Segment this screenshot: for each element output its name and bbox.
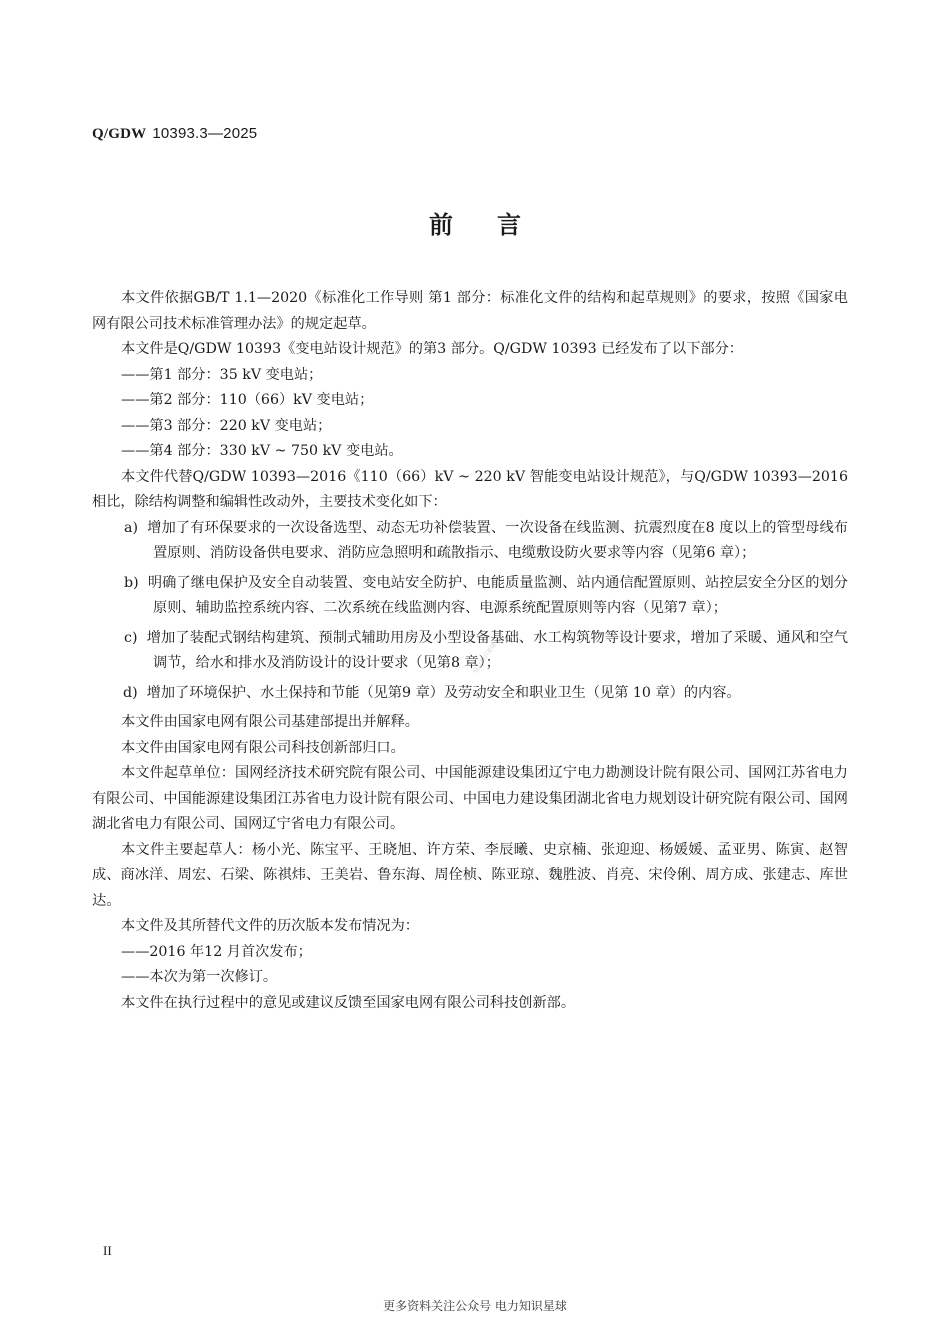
series-part-1: ——第1 部分：35 kV 变电站；: [92, 363, 848, 389]
change-item-d: d) 增加了环境保护、水土保持和节能（见第9 章）及劳动安全和职业卫生（见第 1…: [107, 681, 848, 707]
series-part-4: ——第4 部分：330 kV ~ 750 kV 变电站。: [92, 439, 848, 465]
history-item-2: ——本次为第一次修订。: [92, 965, 848, 991]
paragraph-administered-by: 本文件由国家电网有限公司科技创新部归口。: [92, 736, 848, 762]
paragraph-basis: 本文件依据GB/T 1.1—2020《标准化工作导则 第1 部分：标准化文件的结…: [92, 286, 848, 337]
change-text: 增加了有环保要求的一次设备选型、动态无功补偿装置、一次设备在线监测、抗震烈度在8…: [147, 520, 848, 562]
paragraph-history-intro: 本文件及其所替代文件的历次版本发布情况为：: [92, 914, 848, 940]
page-title: 前言: [0, 205, 950, 240]
paragraph-replaces: 本文件代替Q/GDW 10393—2016《110（66）kV ~ 220 kV…: [92, 465, 848, 516]
document-code-number: 10393.3—2025: [152, 125, 257, 142]
paragraph-proposed-by: 本文件由国家电网有限公司基建部提出并解释。: [92, 710, 848, 736]
change-marker: c): [124, 630, 137, 646]
page-number: II: [103, 1243, 112, 1259]
change-text: 明确了继电保护及安全自动装置、变电站安全防护、电能质量监测、站内通信配置原则、站…: [148, 575, 848, 617]
history-item-1: ——2016 年12 月首次发布；: [92, 940, 848, 966]
paragraph-drafting-units: 本文件起草单位：国网经济技术研究院有限公司、中国能源建设集团辽宁电力勘测设计院有…: [92, 761, 848, 838]
series-part-3: ——第3 部分：220 kV 变电站；: [92, 414, 848, 440]
change-item-b: b) 明确了继电保护及安全自动装置、变电站安全防护、电能质量监测、站内通信配置原…: [92, 571, 848, 622]
foreword-body: 本文件依据GB/T 1.1—2020《标准化工作导则 第1 部分：标准化文件的结…: [92, 286, 848, 1016]
change-marker: b): [124, 575, 139, 591]
change-item-a: a) 增加了有环保要求的一次设备选型、动态无功补偿装置、一次设备在线监测、抗震烈…: [92, 516, 848, 567]
change-marker: a): [124, 520, 138, 536]
document-code: Q/GDW10393.3—2025: [92, 124, 257, 143]
document-code-prefix: Q/GDW: [92, 126, 146, 142]
change-text: 增加了装配式钢结构建筑、预制式辅助用房及小型设备基础、水工构筑物等设计要求，增加…: [147, 630, 848, 672]
paragraph-drafters: 本文件主要起草人：杨小光、陈宝平、王晓旭、许方荣、李辰曦、史京楠、张迎迎、杨媛媛…: [92, 838, 848, 915]
series-part-2: ——第2 部分：110（66）kV 变电站；: [92, 388, 848, 414]
change-text: 增加了环境保护、水土保持和节能（见第9 章）及劳动安全和职业卫生（见第 10 章…: [147, 685, 741, 701]
change-marker: d): [123, 685, 138, 701]
paragraph-part-of-series: 本文件是Q/GDW 10393《变电站设计规范》的第3 部分。Q/GDW 103…: [92, 337, 848, 363]
paragraph-feedback: 本文件在执行过程中的意见或建议反馈至国家电网有限公司科技创新部。: [92, 991, 848, 1017]
footer-note: 更多资料关注公众号 电力知识星球: [0, 1297, 950, 1314]
